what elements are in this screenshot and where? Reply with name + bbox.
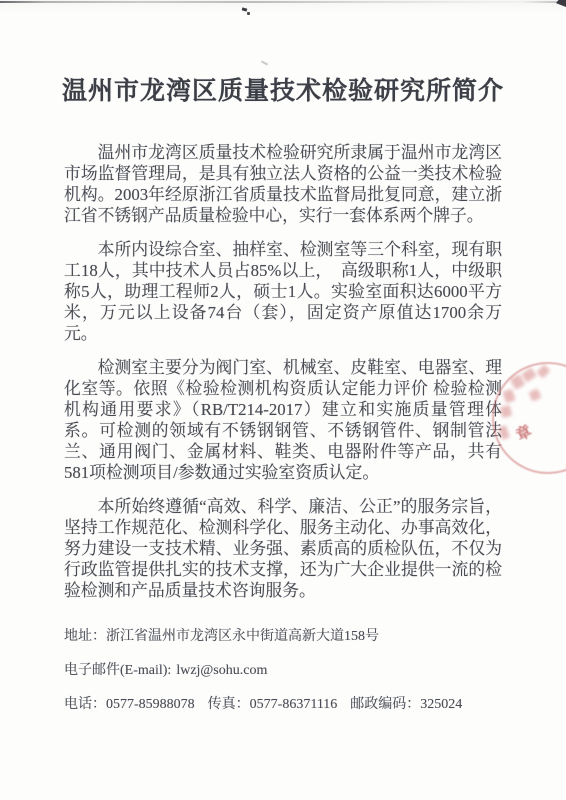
fax-value: 0577-86371116 [250, 697, 338, 712]
contact-block: 地址：浙江省温州市龙湾区永中街道高新大道158号 电子邮件(E-mail):lw… [64, 627, 534, 729]
postal-code-value: 325024 [420, 697, 462, 712]
scanned-document-page: 温州市龙湾区质量技术检验研究所简介 温州市龙湾区质量技术检验研究所隶属于温州市龙… [0, 0, 566, 800]
staff-facilities-paragraph: 本所内设综合室、抽样室、检测室等三个科室，现有职工18人，其中技术人员占85%以… [64, 239, 502, 344]
service-principle-paragraph: 本所始终遵循“高效、科学、廉洁、公正”的服务宗旨，坚持工作规范化、检测科学化、服… [64, 496, 502, 601]
fax-label: 传真： [208, 697, 250, 712]
phone-line: 电话：0577-85988078传真：0577-86371116邮政编码：325… [64, 695, 534, 714]
address-label: 地址： [64, 629, 106, 644]
scan-artifact-speck [242, 7, 248, 11]
address-value: 浙江省温州市龙湾区永中街道高新大道158号 [106, 629, 379, 644]
phone-value: 0577-85988078 [106, 697, 195, 712]
scan-artifact-speck [247, 12, 250, 15]
postal-code-label: 邮政编码： [350, 697, 420, 712]
address-line: 地址：浙江省温州市龙湾区永中街道高新大道158号 [64, 627, 534, 646]
scan-artifact-top-edge-line [0, 1, 566, 3]
email-value: lwzj@sohu.com [176, 663, 267, 678]
document-title: 温州市龙湾区质量技术检验研究所简介 [40, 71, 526, 107]
intro-paragraph: 温州市龙湾区质量技术检验研究所隶属于温州市龙湾区市场监督管理局，是具有独立法人资… [64, 142, 502, 226]
testing-capability-paragraph: 检测室主要分为阀门室、机械室、皮鞋室、电器室、理化室等。依照《检验检测机构资质认… [64, 357, 502, 483]
official-seal-stamp: 章 [492, 362, 566, 474]
email-line: 电子邮件(E-mail):lwzj@sohu.com [64, 661, 534, 680]
document-body: 温州市龙湾区质量技术检验研究所隶属于温州市龙湾区市场监督管理局，是具有独立法人资… [64, 142, 502, 614]
phone-label: 电话： [64, 697, 106, 712]
email-label: 电子邮件(E-mail): [64, 663, 171, 678]
scan-artifact-speck [261, 60, 268, 65]
